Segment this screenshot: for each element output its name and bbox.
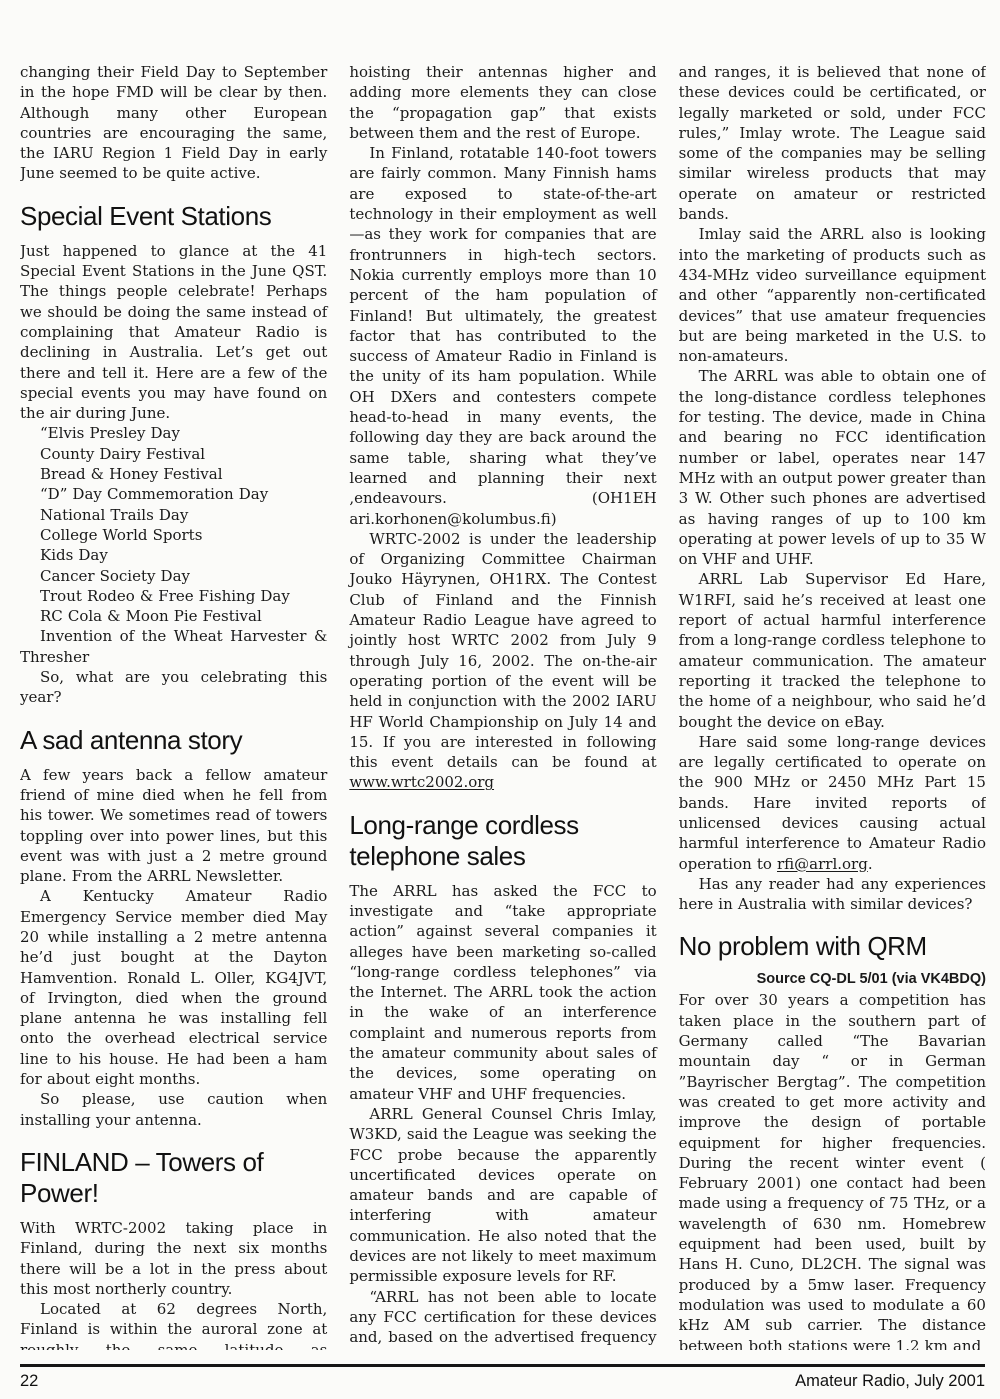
magazine-page: changing their Field Day to September in… (0, 0, 1000, 1399)
event-list-item: Invention of the Wheat Harvester & Thres… (20, 626, 327, 667)
paragraph: For over 30 years a competition has take… (679, 990, 986, 1350)
paragraph: Located at 62 degrees North, Finland is … (20, 1299, 327, 1350)
event-list-item: County Dairy Festival (20, 444, 327, 464)
heading-special-event-stations: Special Event Stations (20, 201, 327, 232)
paragraph: With WRTC-2002 taking place in Finland, … (20, 1218, 327, 1299)
paragraph: Has any reader had any experiences here … (679, 874, 986, 915)
journal-title: Amateur Radio, July 2001 (795, 1372, 985, 1391)
paragraph-text: WRTC-2002 is under the leadership of Org… (349, 530, 656, 771)
paragraph: The ARRL was able to obtain one of the l… (679, 366, 986, 569)
footer-row: 22 Amateur Radio, July 2001 (20, 1372, 985, 1391)
page-number: 22 (20, 1372, 38, 1391)
paragraph: So please, use caution when installing y… (20, 1089, 327, 1130)
event-list-item: Kids Day (20, 545, 327, 565)
paragraph: A few years back a fellow amateur friend… (20, 765, 327, 887)
paragraph: ARRL Lab Supervisor Ed Hare, W1RFI, said… (679, 569, 986, 731)
heading-long-range-cordless-telephone-sales: Long-range cordless telephone sales (349, 810, 656, 872)
paragraph: and ranges, it is believed that none of … (679, 62, 986, 224)
paragraph: “ARRL has not been able to locate any FC… (349, 1287, 656, 1350)
column-3: and ranges, it is believed that none of … (679, 62, 986, 1350)
rfi-email-link: rfi@arrl.org (777, 855, 868, 873)
event-list-item: National Trails Day (20, 505, 327, 525)
paragraph: Hare said some long-range devices are le… (679, 732, 986, 874)
paragraph: In Finland, rotatable 140-foot towers ar… (349, 143, 656, 529)
paragraph-text: Hare said some long-range devices are le… (679, 733, 986, 873)
page-footer: 22 Amateur Radio, July 2001 (20, 1364, 985, 1391)
heading-a-sad-antenna-story: A sad antenna story (20, 725, 327, 756)
event-list-item: Trout Rodeo & Free Fishing Day (20, 586, 327, 606)
paragraph-text: . (868, 855, 873, 873)
paragraph: WRTC-2002 is under the leadership of Org… (349, 529, 656, 793)
heading-no-problem-with-qrm: No problem with QRM (679, 931, 986, 962)
event-list-item: “D” Day Commemoration Day (20, 484, 327, 504)
event-list-item: RC Cola & Moon Pie Festival (20, 606, 327, 626)
event-list-item: Cancer Society Day (20, 566, 327, 586)
paragraph: Just happened to glance at the 41 Specia… (20, 241, 327, 424)
paragraph: A Kentucky Amateur Radio Emergency Servi… (20, 886, 327, 1089)
event-list-item: Bread & Honey Festival (20, 464, 327, 484)
event-list-item: College World Sports (20, 525, 327, 545)
paragraph: So, what are you celebrating this year? (20, 667, 327, 708)
paragraph: hoisting their antennas higher and addin… (349, 62, 656, 143)
column-1: changing their Field Day to September in… (20, 62, 327, 1350)
paragraph: Imlay said the ARRL also is looking into… (679, 224, 986, 366)
heading-finland-towers-of-power: FINLAND – Towers of Power! (20, 1147, 327, 1209)
event-list-item: “Elvis Presley Day (20, 423, 327, 443)
paragraph: The ARRL has asked the FCC to investigat… (349, 881, 656, 1104)
source-attribution: Source CQ-DL 5/01 (via VK4BDQ) (679, 971, 986, 987)
wrtc2002-link: www.wrtc2002.org (349, 773, 494, 791)
footer-rule (20, 1364, 985, 1367)
content-columns: changing their Field Day to September in… (20, 62, 986, 1350)
paragraph: changing their Field Day to September in… (20, 62, 327, 184)
paragraph: ARRL General Counsel Chris Imlay, W3KD, … (349, 1104, 656, 1287)
column-2: hoisting their antennas higher and addin… (349, 62, 656, 1350)
